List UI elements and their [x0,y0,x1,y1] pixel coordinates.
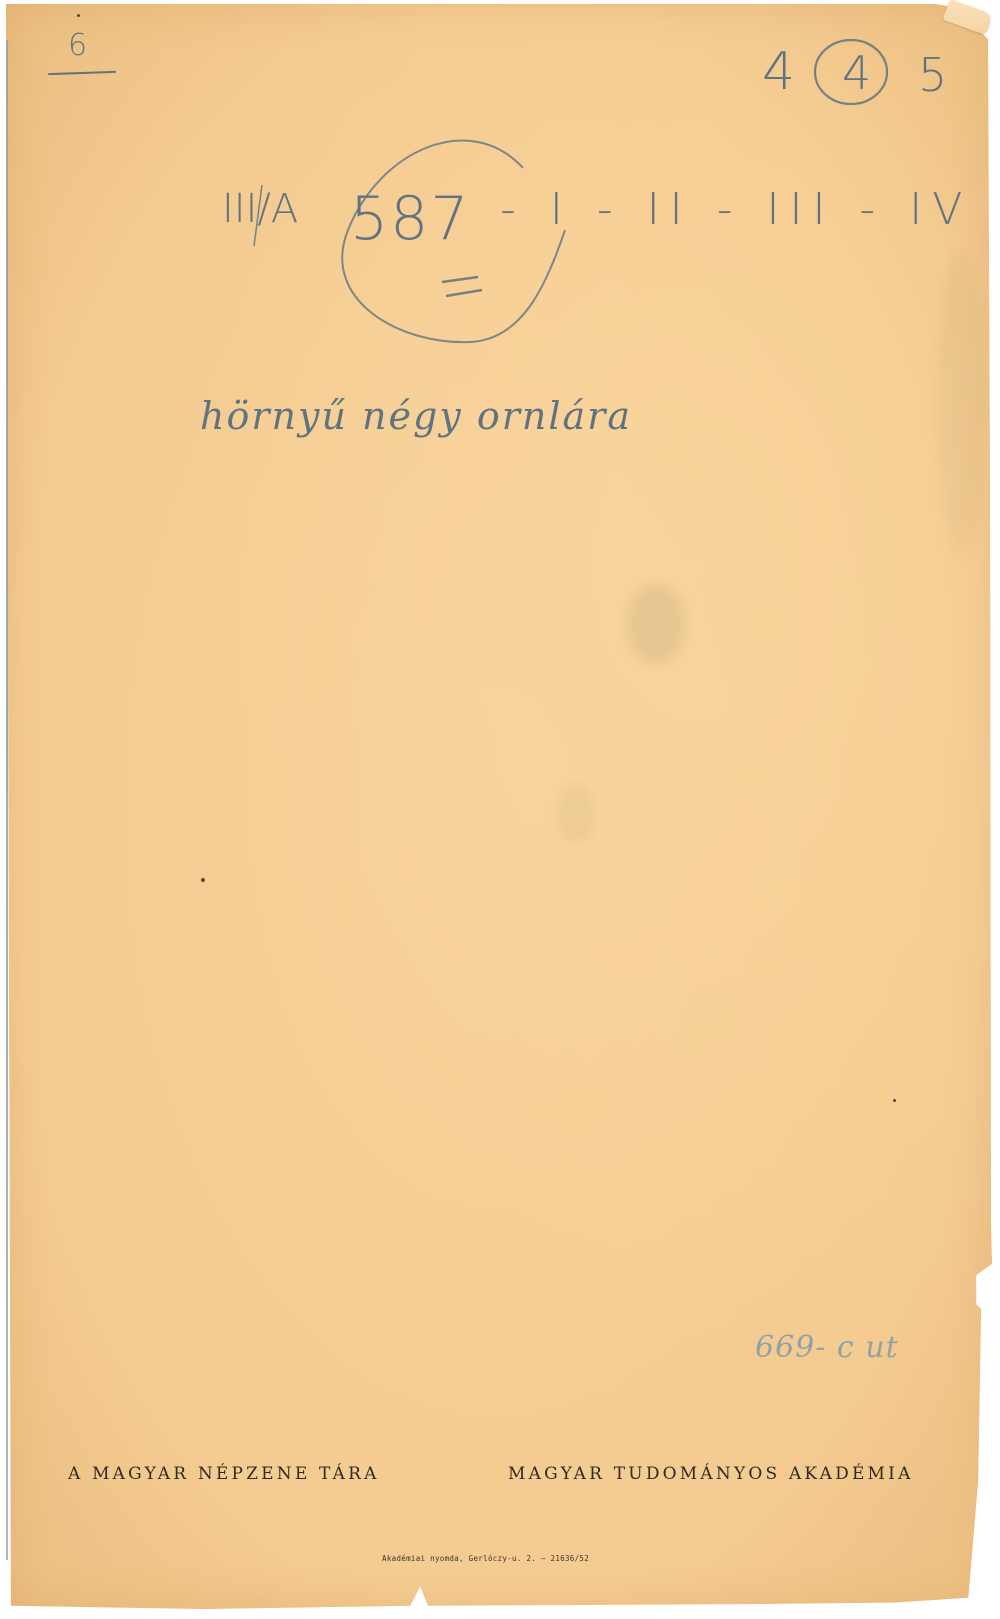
handwritten-title: hörnyű négy ornlára [200,394,632,438]
paper-stain [626,584,686,664]
paper-stain [936,254,986,554]
section-code: III/A [222,186,298,232]
ink-speck [77,14,80,17]
paper-sheet [6,4,992,1609]
bottom-right-note: 669- c ut [755,1330,899,1365]
paper-stain [556,784,596,844]
footer-label-left: A MAGYAR NÉPZENE TÁRA [68,1464,380,1484]
footer-label-right: MAGYAR TUDOMÁNYOS AKADÉMIA [508,1464,914,1484]
ink-speck [893,1099,896,1102]
folder-number-circled: 4 [842,46,872,100]
left-edge-binding-line [6,40,8,1560]
printer-imprint: Akadémiai nyomda, Gerlóczy-u. 2. — 21636… [382,1554,589,1563]
folder-number-top-right-3: 5 [918,48,948,102]
catalog-number-circled: 587 [350,184,471,254]
ink-speck [201,878,205,882]
volume-sequence: - I - II - III - IV [500,184,972,235]
folder-number-top-right-1: 4 [762,42,796,102]
folder-number-top-left: 6 [68,28,88,63]
